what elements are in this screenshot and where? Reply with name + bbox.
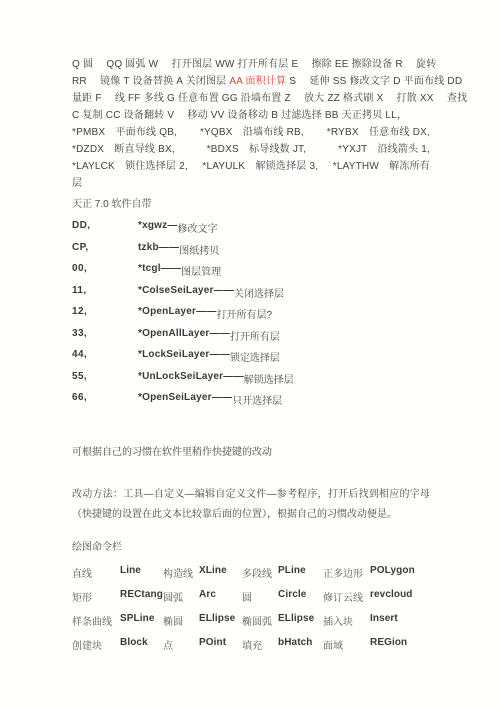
wire-shortcut-cell: *RYBX 任意布线 DX,	[327, 124, 430, 141]
draw-commands-table: 直线 Line 构造线 XLine 多段线 PLine 正多边形 POLygon…	[72, 565, 430, 661]
command-name-en: revcloud	[370, 589, 430, 600]
command-name-en: SPLine	[120, 613, 163, 624]
command-name-en: RECtang	[120, 589, 163, 600]
shortcut-command-en: *UnLockSeiLayer——	[138, 371, 244, 382]
shortcut-command-zh: 打开所有层?	[217, 306, 273, 321]
command-name-zh: 点	[163, 637, 199, 652]
wire-shortcut-cell: *DZDX 断直导线 BX,	[72, 141, 175, 158]
shortcut-key: DD,	[72, 220, 138, 231]
tz-list-row: 00, *tcgl—— 图层管理	[72, 263, 430, 285]
shortcut-key: 11,	[72, 285, 138, 296]
command-name-en: REGion	[370, 637, 430, 648]
command-name-zh: 修订云线	[323, 589, 370, 604]
highlight-red-text: AA 面积计算	[229, 76, 286, 87]
shortcut-key: 44,	[72, 349, 138, 360]
command-name-zh: 多段线	[242, 565, 278, 580]
shortcut-command-en: *ColseSeiLayer——	[138, 285, 234, 296]
tz-list-row: 12, *OpenLayer—— 打开所有层?	[72, 306, 430, 328]
shortcut-command-en: *xgwz—	[138, 220, 178, 231]
wire-shortcut-row: *DZDX 断直导线 BX, *BDXS 标导线数 JT, *YXJT 沿线箭头…	[72, 141, 430, 158]
command-name-en: Block	[120, 637, 163, 648]
tz-list-row: 11, *ColseSeiLayer—— 关闭选择层	[72, 285, 430, 307]
command-name-en: bHatch	[278, 637, 323, 648]
command-name-en: ELlipse	[278, 613, 323, 624]
command-name-en: Line	[120, 565, 163, 576]
tz-list-row: 66, *OpenSeiLayer—— 只开选择层	[72, 392, 430, 414]
wire-shortcut-cell: *YQBX 沿墙布线 RB,	[200, 124, 304, 141]
tz-list-row: DD, *xgwz— 修改文字	[72, 220, 430, 242]
command-name-zh: 椭圆	[163, 613, 199, 628]
shortcut-command-zh: 打开所有层	[230, 328, 280, 343]
shortcut-command-en: tzkb——	[138, 242, 179, 253]
shortcut-command-en: *OpenSeiLayer——	[138, 392, 232, 403]
command-name-zh: 圆弧	[163, 589, 199, 604]
command-name-zh: 构造线	[163, 565, 199, 580]
command-name-zh: 圆	[242, 589, 278, 604]
shortcut-key: 55,	[72, 371, 138, 382]
tz-list-row: 44, *LockSeiLayer—— 锁定选择层	[72, 349, 430, 371]
wire-shortcut-cell: *PMBX 平面布线 QB,	[72, 124, 177, 141]
shortcut-command-zh: 修改文字	[178, 220, 218, 235]
shortcut-command-en: *tcgl——	[138, 263, 181, 274]
command-name-zh: 椭圆弧	[242, 613, 278, 628]
tz-list-row: 33, *OpenAllLayer—— 打开所有层	[72, 328, 430, 350]
command-name-en: POint	[199, 637, 242, 648]
command-name-zh: 插入块	[323, 613, 370, 628]
shortcut-command-zh: 图纸拷贝	[179, 242, 219, 257]
command-name-en: Circle	[278, 589, 323, 600]
tz-list-row: 55, *UnLockSeiLayer—— 解锁选择层	[72, 371, 430, 393]
shortcut-line-2-pre: RR 镜像 T 设备替换 A 关闭图层	[72, 76, 229, 87]
shortcut-key: 00,	[72, 263, 138, 274]
shortcut-command-zh: 只开选择层	[232, 392, 282, 407]
shortcut-command-en: *OpenAllLayer——	[138, 328, 230, 339]
shortcut-key: 33,	[72, 328, 138, 339]
shortcut-command-zh: 图层管理	[181, 263, 221, 278]
wire-shortcut-cell: *YXJT 沿线箭头 1,	[338, 141, 430, 158]
command-name-en: PLine	[278, 565, 323, 576]
command-name-en: Arc	[199, 589, 242, 600]
shortcut-line-3: 量距 F 线 FF 多线 G 任意布置 GG 沿墙布置 Z 放大 ZZ 格式刷 …	[72, 90, 430, 107]
wire-shortcut-cell: *BDXS 标导线数 JT,	[207, 141, 306, 158]
shortcut-line-2: RR 镜像 T 设备替换 A 关闭图层 AA 面积计算 S 延伸 SS 修改文字…	[72, 73, 430, 90]
shortcut-command-zh: 解锁选择层	[244, 371, 294, 386]
shortcut-paragraph: Q 圆 QQ 圆弧 W 打开图层 WW 打开所有层 E 擦除 EE 擦除设备 R…	[72, 56, 430, 192]
shortcut-line-4: C 复制 CC 设备翻转 V 移动 VV 设备移动 B 过滤选择 BB 天正拷贝…	[72, 107, 430, 124]
shortcut-wrap-tail: 层	[72, 175, 430, 192]
shortcut-line-1: Q 圆 QQ 圆弧 W 打开图层 WW 打开所有层 E 擦除 EE 擦除设备 R…	[72, 56, 430, 73]
wire-shortcut-cell: *LAYLCK 锁住选择层 2,	[72, 158, 188, 175]
wire-shortcut-row: *LAYLCK 锁住选择层 2, *LAYULK 解锁选择层 3, *LAYTH…	[72, 158, 430, 175]
command-name-zh: 矩形	[72, 589, 120, 604]
shortcut-command-en: *LockSeiLayer——	[138, 349, 230, 360]
command-name-en: Insert	[370, 613, 430, 624]
shortcut-line-2-post: S 延伸 SS 修改文字 D 平面布线 DD	[286, 76, 462, 87]
wire-shortcut-cell: *LAYULK 解锁选择层 3,	[202, 158, 318, 175]
tianzheng-heading: 天正 7.0 软件自带	[72, 198, 430, 212]
method-paragraph: 改动方法：工具—自定义—编辑自定义文件—参考程序，打开后找到相应的字母（快捷键的…	[72, 485, 430, 525]
command-name-zh: 创建块	[72, 637, 120, 652]
command-name-zh: 面域	[323, 637, 370, 652]
wire-shortcut-row: *PMBX 平面布线 QB, *YQBX 沿墙布线 RB, *RYBX 任意布线…	[72, 124, 430, 141]
shortcut-key: 66,	[72, 392, 138, 403]
command-name-en: XLine	[199, 565, 242, 576]
command-name-zh: 直线	[72, 565, 120, 580]
shortcut-key: CP,	[72, 242, 138, 253]
draw-commands-heading: 绘图命令栏	[72, 541, 430, 555]
shortcut-command-zh: 锁定选择层	[230, 349, 280, 364]
command-name-en: POLygon	[370, 565, 430, 576]
command-name-en: ELlipse	[199, 613, 242, 624]
document-page: Q 圆 QQ 圆弧 W 打开图层 WW 打开所有层 E 擦除 EE 擦除设备 R…	[0, 0, 500, 708]
wire-shortcut-cell: *LAYTHW 解冻所有	[333, 158, 430, 175]
tz-list-row: CP, tzkb—— 图纸拷贝	[72, 242, 430, 264]
command-name-zh: 样条曲线	[72, 613, 120, 628]
shortcut-command-zh: 关闭选择层	[234, 285, 284, 300]
command-name-zh: 填充	[242, 637, 278, 652]
tianzheng-shortcut-list: DD, *xgwz— 修改文字 CP, tzkb—— 图纸拷贝 00, *tcg…	[72, 220, 430, 414]
command-name-zh: 正多边形	[323, 565, 370, 580]
shortcut-command-en: *OpenLayer——	[138, 306, 217, 317]
tip-paragraph: 可根据自己的习惯在软件里稍作快捷键的改动	[72, 444, 430, 461]
shortcut-key: 12,	[72, 306, 138, 317]
